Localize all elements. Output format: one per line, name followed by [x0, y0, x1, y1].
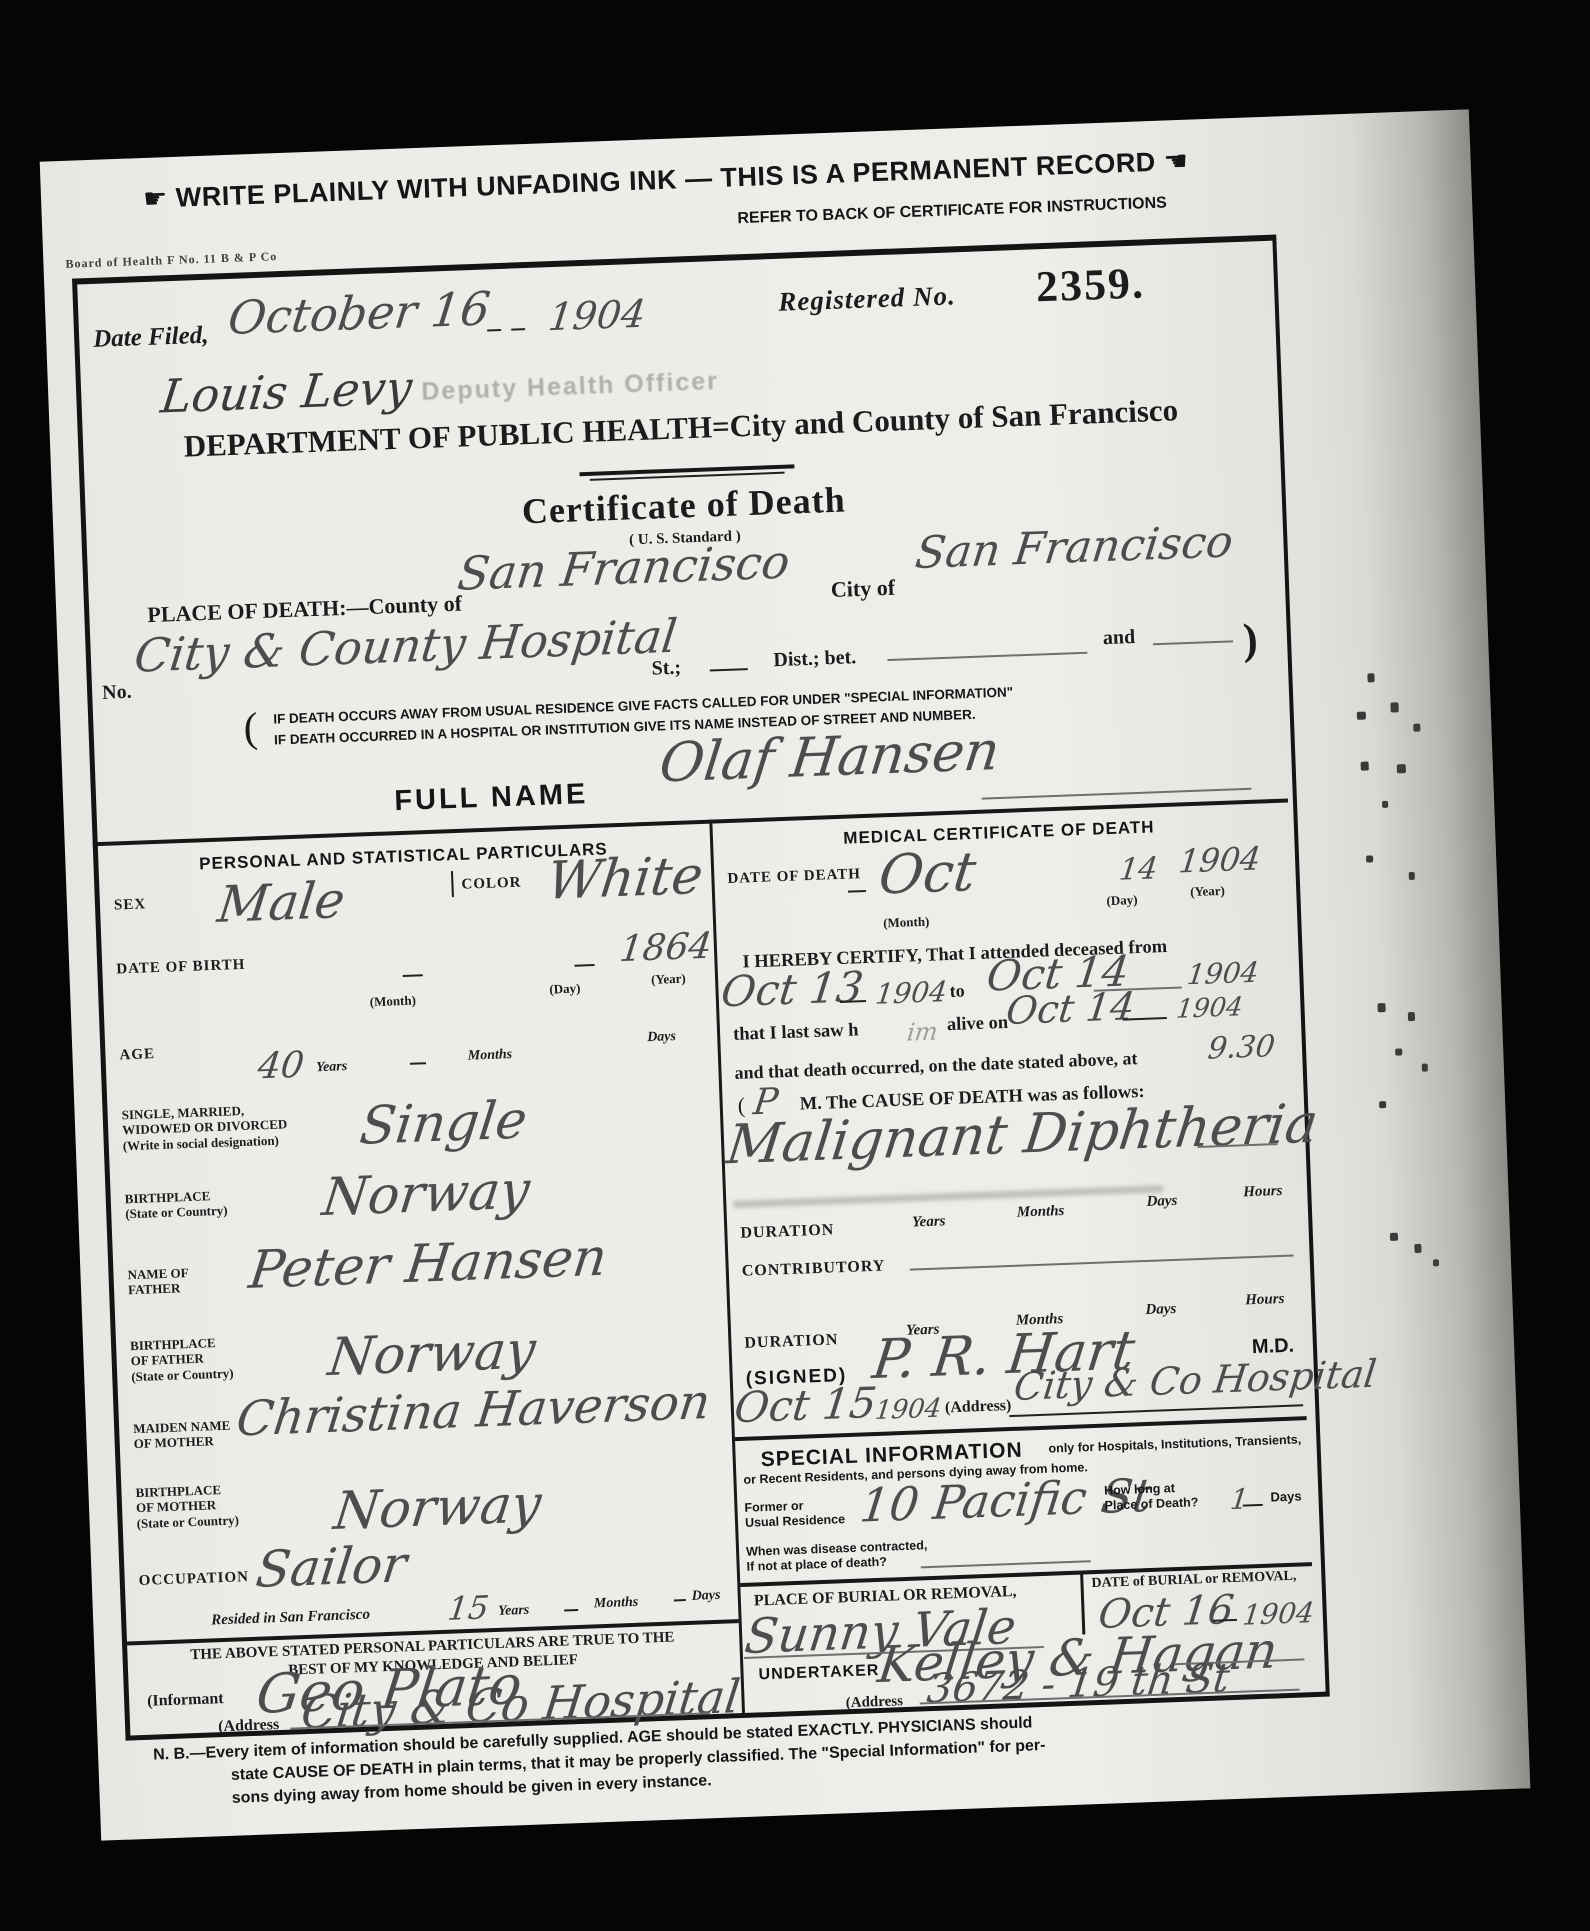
resided-label: Resided in San Francisco	[211, 1607, 370, 1630]
death-day-value: 14	[1117, 851, 1159, 888]
age-years-label: Years	[316, 1059, 348, 1076]
father-birthplace-value: Norway	[325, 1320, 539, 1388]
marital-label: SINGLE, MARRIED, WIDOWED OR DIVORCED (Wr…	[121, 1101, 288, 1153]
marital-value: Single	[357, 1090, 531, 1156]
signed-date-value: Oct 15	[732, 1378, 880, 1432]
full-name-label: FULL NAME	[394, 778, 589, 818]
certificate-paper: ☛ WRITE PLAINLY WITH UNFADING INK — THIS…	[40, 109, 1531, 1840]
occupation-value: Sailor	[253, 1535, 410, 1599]
bleed-through-mark	[733, 1185, 1163, 1208]
health-officer-signature: Louis Levy	[158, 360, 415, 423]
age-days-label: Days	[647, 1029, 676, 1046]
registered-no-value: 2359.	[1035, 257, 1146, 312]
page-curve-shadow	[1349, 109, 1530, 1792]
mother-name-value: Christina Haverson	[234, 1374, 714, 1448]
duration-months-label: Months	[1017, 1203, 1065, 1222]
last-saw-prefix: that I last saw h	[733, 1020, 859, 1046]
scanned-death-certificate-page: ☛ WRITE PLAINLY WITH UNFADING INK — THIS…	[0, 0, 1590, 1931]
informant-label: (Informant	[147, 1690, 224, 1711]
closing-paren: )	[1242, 613, 1259, 665]
father-name-value: Peter Hansen	[246, 1228, 610, 1301]
informant-address-label: (Address	[218, 1716, 280, 1736]
registered-no-label: Registered No.	[778, 280, 957, 317]
date-of-death-label: DATE OF DEATH	[727, 866, 861, 888]
color-value: White	[544, 846, 706, 912]
county-value: San Francisco	[455, 534, 793, 600]
death-year-label: (Year)	[1190, 883, 1225, 900]
time-of-death-value: 9.30	[1206, 1029, 1277, 1067]
color-label: COLOR	[461, 875, 522, 894]
attended-from-value: Oct 13	[719, 962, 867, 1016]
and-label: and	[1102, 626, 1135, 650]
mother-birthplace-label: BIRTHPLACEOF MOTHER(State or Country)	[135, 1481, 239, 1531]
date-filed-year: 1904	[546, 292, 648, 340]
disease-contracted-label: When was disease contracted,If not at pl…	[746, 1538, 928, 1574]
age-value: 40	[256, 1045, 307, 1088]
mother-birthplace-value: Norway	[331, 1474, 545, 1542]
certificate-border-box: Date Filed, October 16 1904 Registered N…	[72, 235, 1330, 1741]
duration2-hours-label: Hours	[1245, 1291, 1285, 1309]
birthplace-value: Norway	[319, 1160, 533, 1228]
note-open-paren: (	[243, 704, 259, 752]
date-of-birth-label: DATE OF BIRTH	[116, 957, 246, 979]
last-saw-faint-value: im	[905, 1017, 939, 1046]
duration2-label: DURATION	[744, 1331, 839, 1352]
pointing-hand-right-icon: ☛	[143, 183, 169, 215]
how-long-value: 1	[1229, 1482, 1251, 1516]
street-no-label: No.	[102, 681, 132, 705]
last-saw-date: Oct 14	[1004, 984, 1137, 1033]
undertaker-address-label: (Address	[845, 1693, 903, 1712]
age-months-label: Months	[467, 1047, 512, 1065]
special-information-subtitle1: only for Hospitals, Institutions, Transi…	[1048, 1432, 1301, 1455]
page-edge-marks	[40, 109, 1469, 161]
city-value: San Francisco	[913, 516, 1236, 579]
dist-bet-label: Dist.; bet.	[773, 646, 857, 672]
attended-from-year: 1904	[874, 975, 949, 1011]
duration-hours-label: Hours	[1243, 1183, 1283, 1201]
date-filed-value: October 16	[225, 281, 493, 345]
pointing-hand-left-icon: ☚	[1163, 146, 1189, 178]
resided-months-label: Months	[594, 1595, 639, 1613]
last-saw-suffix: alive on	[947, 1013, 1009, 1036]
dob-month-label: (Month)	[369, 993, 416, 1011]
date-filed-label: Date Filed,	[93, 322, 209, 354]
death-month-label: (Month)	[883, 914, 930, 932]
st-label: St.;	[651, 657, 681, 681]
city-of-label: City of	[830, 575, 895, 603]
father-birthplace-label: BIRTHPLACEOF FATHER(State or Country)	[130, 1335, 234, 1385]
dob-day-label: (Day)	[549, 981, 581, 998]
death-occurred-statement: and that death occurred, on the date sta…	[734, 1048, 1138, 1084]
resided-years-value: 15	[446, 1588, 491, 1628]
age-label: AGE	[119, 1046, 155, 1064]
undertaker-label: UNDERTAKER	[758, 1662, 879, 1684]
dob-year-label: (Year)	[651, 971, 686, 988]
death-month-value: Oct	[876, 840, 980, 907]
birth-year-value: 1864	[617, 926, 714, 971]
contributory-label: CONTRIBUTORY	[742, 1258, 886, 1281]
occupation-label: OCCUPATION	[138, 1569, 249, 1590]
banner-refer: REFER TO BACK OF CERTIFICATE FOR INSTRUC…	[662, 192, 1242, 231]
undertaker-address-value: 3672 - 19 th St	[924, 1655, 1232, 1712]
resided-days-label: Days	[691, 1588, 720, 1605]
sex-label: SEX	[114, 896, 147, 914]
birthplace-label: BIRTHPLACE(State or Country)	[124, 1188, 227, 1222]
how-long-label: How long atPlace of Death?	[1104, 1480, 1199, 1513]
duration2-days-label: Days	[1145, 1301, 1176, 1319]
resided-years-label: Years	[498, 1603, 530, 1620]
death-day-label: (Day)	[1106, 892, 1138, 909]
father-name-label: NAME OFFATHER	[127, 1265, 189, 1298]
attended-to-label: to	[949, 980, 965, 1002]
how-long-days-label: Days	[1270, 1488, 1302, 1504]
duration-years-label: Years	[912, 1213, 946, 1231]
sex-value: Male	[215, 871, 349, 934]
last-saw-year: 1904	[1175, 992, 1245, 1025]
deputy-health-officer-stamp: Deputy Health Officer	[421, 367, 719, 407]
signed-date-year: 1904	[873, 1393, 943, 1426]
full-name-value: Olaf Hansen	[656, 719, 1003, 795]
former-residence-label: Former orUsual Residence	[744, 1497, 845, 1530]
printer-plate-note: Board of Health F No. 11 B & P Co	[65, 249, 277, 272]
duration-days-label: Days	[1146, 1193, 1177, 1211]
death-year-value: 1904	[1177, 839, 1263, 880]
duration-label: DURATION	[740, 1221, 835, 1242]
physician-address-label: (Address)	[945, 1397, 1012, 1417]
mother-name-label: MAIDEN NAMEOF MOTHER	[133, 1418, 231, 1452]
attended-to-year: 1904	[1185, 956, 1260, 992]
